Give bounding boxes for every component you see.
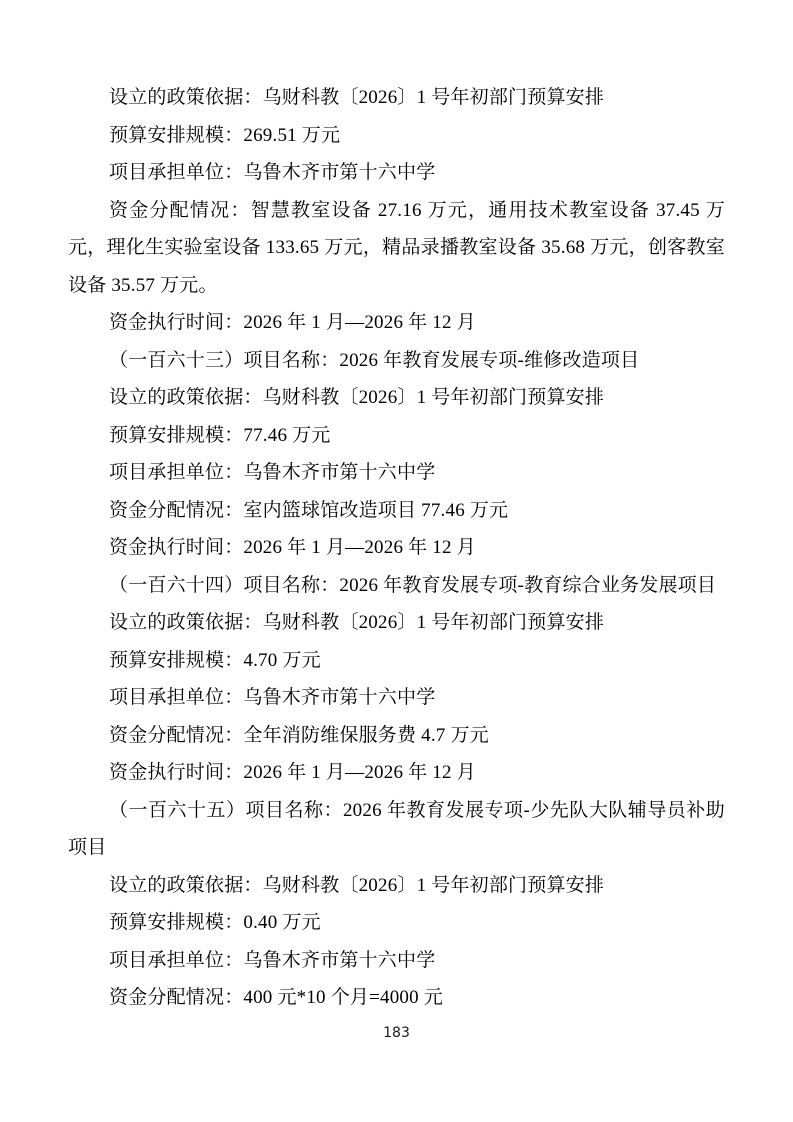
- para-project-title-163: （一百六十三）项目名称：2026 年教育发展专项-维修改造项目: [68, 342, 725, 380]
- para-undertaking-unit-163: 项目承担单位：乌鲁木齐市第十六中学: [68, 454, 725, 492]
- para-fund-allocation-1: 资金分配情况：智慧教室设备 27.16 万元，通用技术教室设备 37.45 万元…: [68, 192, 725, 305]
- para-policy-basis-163: 设立的政策依据：乌财科教〔2026〕1 号年初部门预算安排: [68, 379, 725, 417]
- para-execution-time-1: 资金执行时间：2026 年 1 月—2026 年 12 月: [68, 304, 725, 342]
- document-page: 设立的政策依据：乌财科教〔2026〕1 号年初部门预算安排 预算安排规模：269…: [0, 0, 793, 1122]
- para-fund-allocation-164: 资金分配情况：全年消防维保服务费 4.7 万元: [68, 717, 725, 755]
- page-number: 183: [0, 1025, 793, 1041]
- para-budget-scale-163: 预算安排规模：77.46 万元: [68, 417, 725, 455]
- para-undertaking-unit-165: 项目承担单位：乌鲁木齐市第十六中学: [68, 942, 725, 980]
- para-execution-time-163: 资金执行时间：2026 年 1 月—2026 年 12 月: [68, 529, 725, 567]
- para-undertaking-unit-164: 项目承担单位：乌鲁木齐市第十六中学: [68, 679, 725, 717]
- para-undertaking-unit-1: 项目承担单位：乌鲁木齐市第十六中学: [68, 154, 725, 192]
- para-fund-allocation-165: 资金分配情况：400 元*10 个月=4000 元: [68, 979, 725, 1017]
- document-body: 设立的政策依据：乌财科教〔2026〕1 号年初部门预算安排 预算安排规模：269…: [68, 79, 725, 1017]
- para-budget-scale-1: 预算安排规模：269.51 万元: [68, 117, 725, 155]
- para-budget-scale-164: 预算安排规模：4.70 万元: [68, 642, 725, 680]
- para-fund-allocation-163: 资金分配情况：室内篮球馆改造项目 77.46 万元: [68, 492, 725, 530]
- para-execution-time-164: 资金执行时间：2026 年 1 月—2026 年 12 月: [68, 754, 725, 792]
- para-policy-basis-164: 设立的政策依据：乌财科教〔2026〕1 号年初部门预算安排: [68, 604, 725, 642]
- para-policy-basis-1: 设立的政策依据：乌财科教〔2026〕1 号年初部门预算安排: [68, 79, 725, 117]
- para-project-title-165: （一百六十五）项目名称：2026 年教育发展专项-少先队大队辅导员补助项目: [68, 792, 725, 867]
- para-budget-scale-165: 预算安排规模：0.40 万元: [68, 904, 725, 942]
- para-policy-basis-165: 设立的政策依据：乌财科教〔2026〕1 号年初部门预算安排: [68, 867, 725, 905]
- para-project-title-164: （一百六十四）项目名称：2026 年教育发展专项-教育综合业务发展项目: [68, 567, 725, 605]
